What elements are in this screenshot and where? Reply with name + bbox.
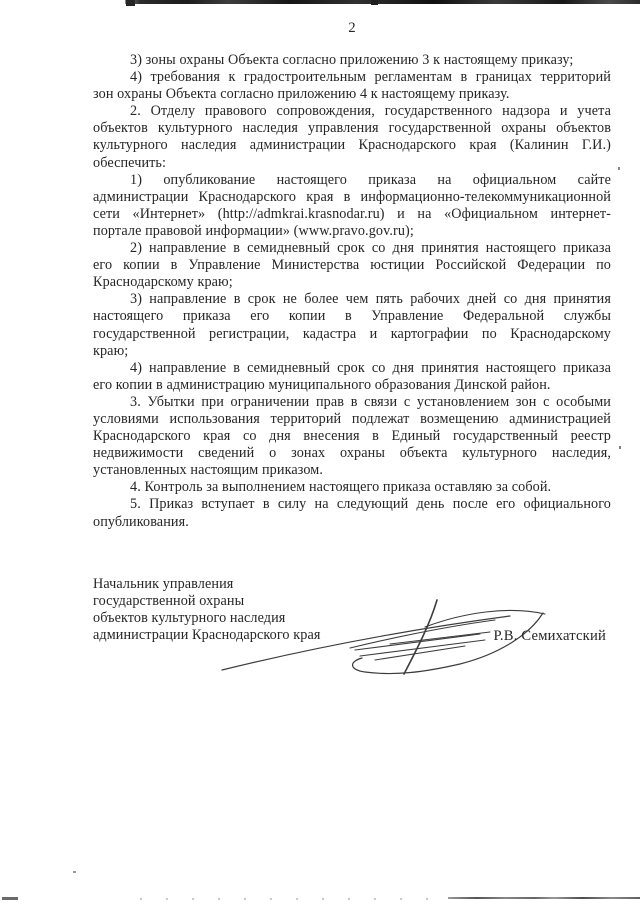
- document-page: 2 3) зоны охраны Объекта согласно прилож…: [0, 0, 640, 905]
- scan-artifact-top-notch: [126, 0, 135, 6]
- document-line: зон охраны Объекта согласно приложению 4…: [93, 86, 611, 103]
- document-line: администрации Краснодарского края в инфо…: [93, 189, 611, 206]
- document-body: 3) зоны охраны Объекта согласно приложен…: [93, 52, 611, 531]
- document-line: 2. Отделу правового сопровождения, госуд…: [93, 103, 611, 120]
- document-line: недвижимости сведений о зонах охраны объ…: [93, 445, 611, 462]
- document-line: 4) направление в семидневный срок со дня…: [93, 360, 611, 377]
- document-line: установленных настоящим приказом.: [93, 462, 611, 479]
- document-line: государственной регистрации, кадастра и …: [93, 326, 611, 343]
- document-line: культурного наследия администрации Красн…: [93, 137, 611, 154]
- document-line: его копии в Управление Министерства юсти…: [93, 257, 611, 274]
- scan-artifact-bottom-line: [448, 897, 640, 899]
- document-line: 3) направление в срок не более чем пять …: [93, 291, 611, 308]
- scan-artifact-top-bar: [125, 0, 640, 4]
- document-line: 2) направление в семидневный срок со дня…: [93, 240, 611, 257]
- scan-artifact-bottom-dots: [140, 898, 450, 900]
- signer-name: Р.В. Семихатский: [493, 628, 606, 645]
- document-line: краю;: [93, 343, 611, 360]
- document-line: 1) опубликование настоящего приказа на о…: [93, 172, 611, 189]
- document-line: его копии в администрацию муниципального…: [93, 377, 611, 394]
- document-line: опубликования.: [93, 514, 611, 531]
- scan-speck: [73, 871, 76, 873]
- document-line: условиями использования территорий подле…: [93, 411, 611, 428]
- scan-artifact-bottom-left: [2, 897, 18, 900]
- document-line: 3) зоны охраны Объекта согласно приложен…: [93, 52, 611, 69]
- document-line: 4. Контроль за выполнением настоящего пр…: [93, 479, 611, 496]
- signature-title-line: Начальник управления: [93, 576, 320, 593]
- document-line: Краснодарскому краю;: [93, 274, 611, 291]
- scan-speck: [619, 446, 621, 449]
- document-line: 5. Приказ вступает в силу на следующий д…: [93, 496, 611, 513]
- document-line: Краснодарского края со дня внесения в Ед…: [93, 428, 611, 445]
- page-number: 2: [93, 20, 611, 37]
- document-line: портале правовой информации» (www.pravo.…: [93, 223, 611, 240]
- document-line: сети «Интернет» (http://admkrai.krasnoda…: [93, 206, 611, 223]
- document-line: обеспечить:: [93, 155, 611, 172]
- document-line: настоящего приказа его копии в Управлени…: [93, 308, 611, 325]
- document-line: 3. Убытки при ограничении прав в связи с…: [93, 394, 611, 411]
- scan-speck: [618, 167, 620, 170]
- document-line: объектов культурного наследия управления…: [93, 120, 611, 137]
- scan-artifact-top-notch: [371, 0, 378, 5]
- document-line: 4) требования к градостроительным реглам…: [93, 69, 611, 86]
